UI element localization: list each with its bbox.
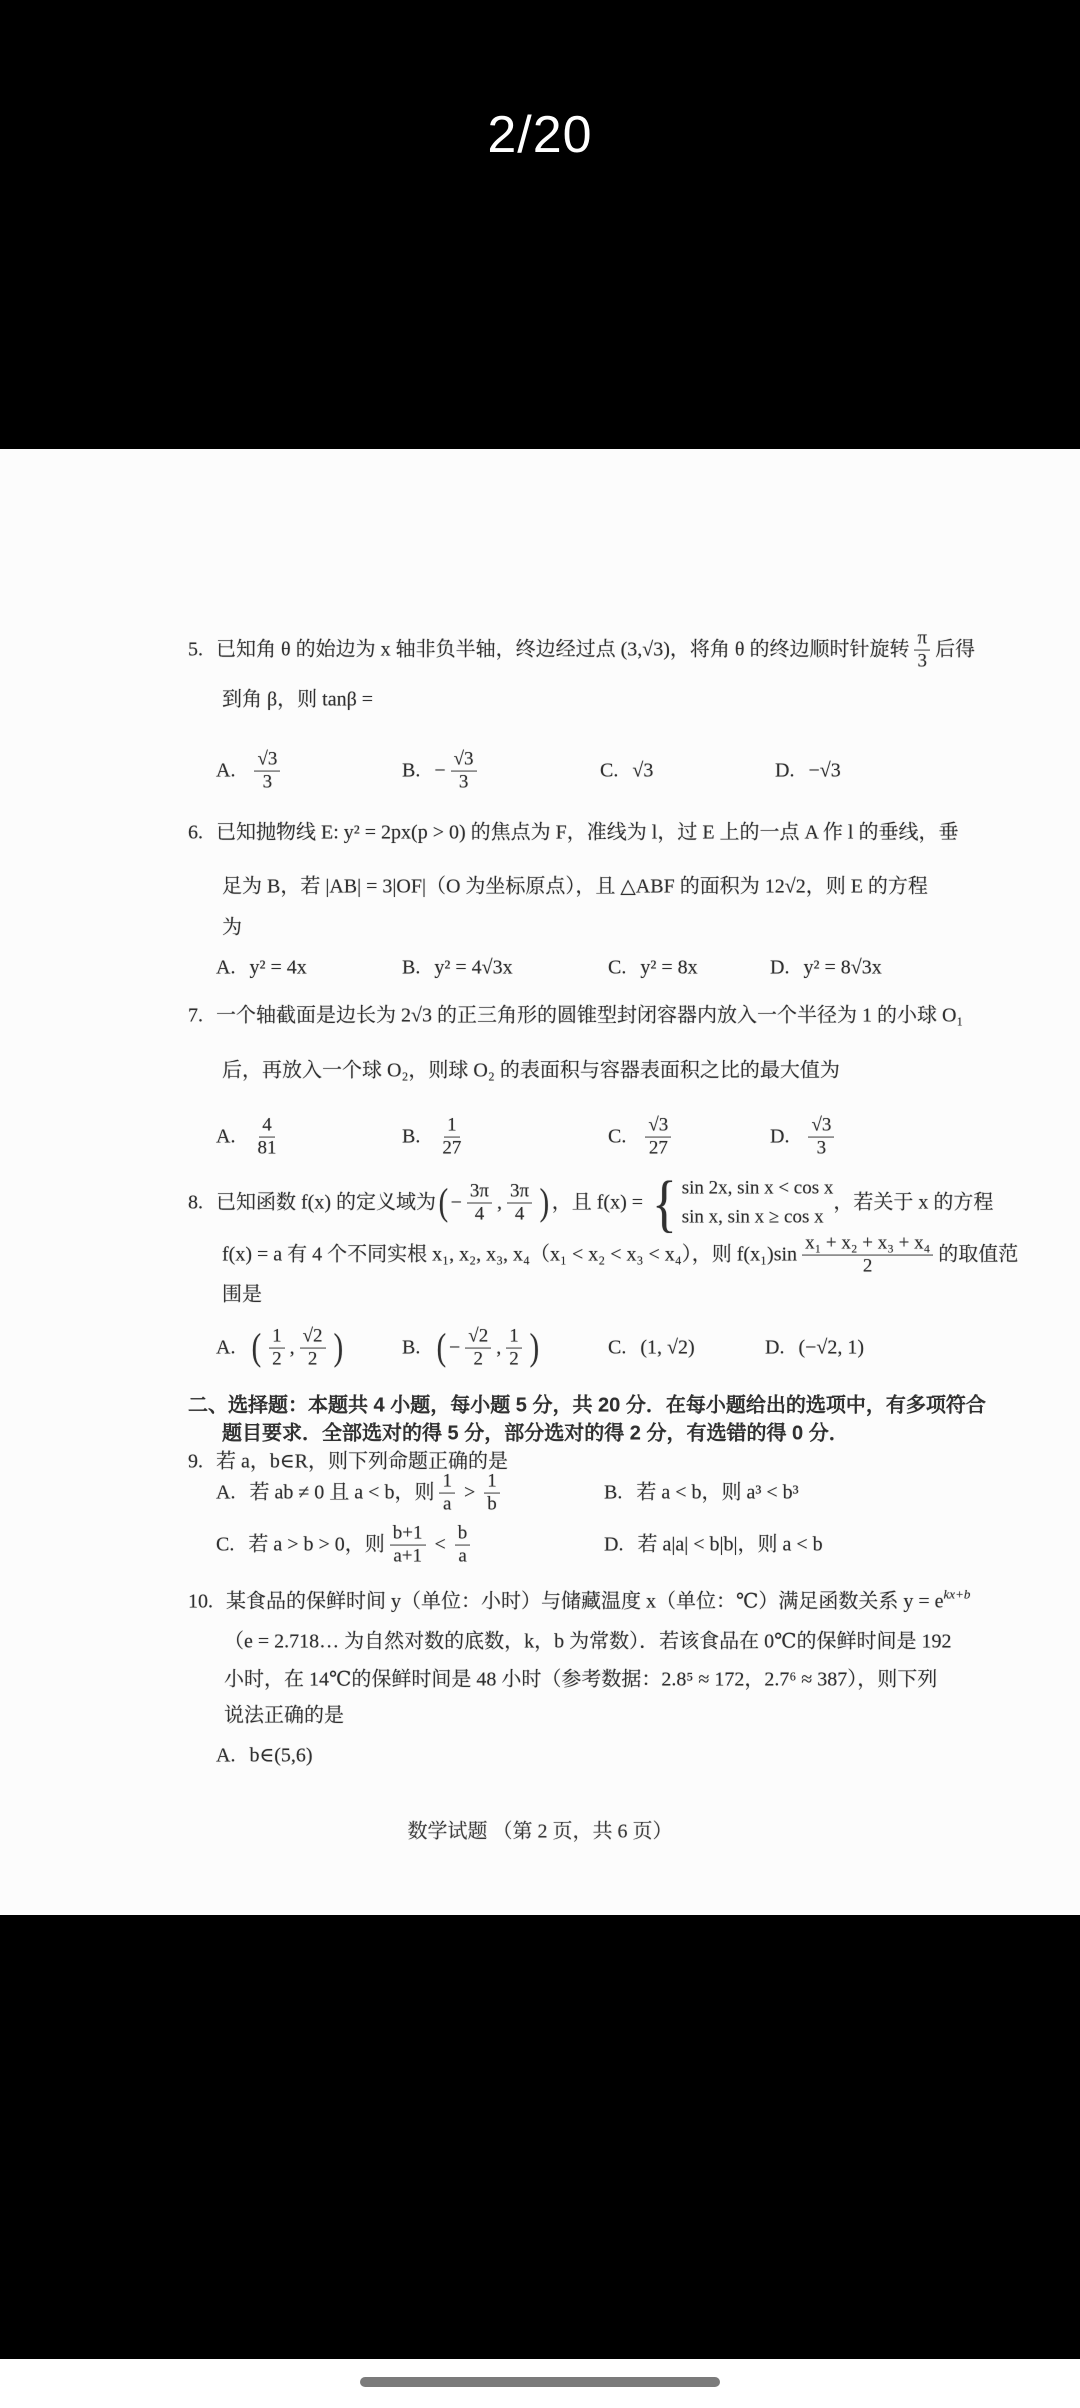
section-2-header-line-1: 二、选择题：本题共 4 小题，每小题 5 分，共 20 分．在每小题给出的选项中… — [188, 1394, 986, 1419]
cases-brace: { — [652, 1179, 677, 1227]
question-6-option-d: D. y² = 8√3x — [770, 956, 882, 981]
question-8-option-a: A. ( 1 2 , √2 2 ) — [216, 1327, 345, 1370]
question-9-option-b: B. 若 a < b，则 a³ < b³ — [604, 1481, 799, 1506]
open-paren: ( — [439, 1188, 448, 1218]
question-5-number: 5. — [188, 638, 203, 663]
question-6-option-b: B. y² = 4√3x — [402, 956, 513, 981]
question-5-text: 已知角 θ 的始边为 x 轴非负半轴，终边经过点 (3,√3)，将角 θ 的终边… — [216, 638, 909, 663]
question-5-line-2: 到角 β，则 tanβ = — [222, 688, 373, 713]
close-paren: ) — [540, 1188, 549, 1218]
question-7-option-c: C. √3 27 — [608, 1116, 676, 1159]
question-9-option-d: D. 若 a|a| < b|b|，则 a < b — [604, 1533, 823, 1558]
question-10-line-3: 小时，在 14℃的保鲜时间是 48 小时（参考数据：2.8⁵ ≈ 172，2.7… — [224, 1668, 937, 1693]
section-2-header-line-2: 题目要求．全部选对的得 5 分，部分选对的得 2 分，有选错的得 0 分． — [222, 1422, 849, 1447]
fraction-pi-3: π 3 — [914, 629, 930, 672]
question-8-option-b: B. ( − √2 2 , 1 2 ) — [402, 1327, 541, 1370]
question-8-line-2: f(x) = a 有 4 个不同实根 x₁, x₂, x₃, x₄（x₁ < x… — [222, 1234, 1018, 1277]
page-footer: 数学试题 （第 2 页，共 6 页） — [0, 1820, 1080, 1845]
system-navigation-strip — [0, 2359, 1080, 2408]
question-6-line-1: 6. 已知抛物线 E: y² = 2px(p > 0) 的焦点为 F，准线为 l… — [188, 821, 958, 846]
question-5-option-c: C. √3 — [600, 759, 653, 784]
image-viewer-surface[interactable]: 2/20 5. 已知角 θ 的始边为 x 轴非负半轴，终边经过点 (3,√3)，… — [0, 0, 1080, 2408]
question-7-option-d: D. √3 3 — [770, 1116, 839, 1159]
document-page: 5. 已知角 θ 的始边为 x 轴非负半轴，终边经过点 (3,√3)，将角 θ … — [0, 449, 1080, 1915]
question-10-line-2: （e = 2.718… 为自然对数的底数，k，b 为常数）．若该食品在 0℃的保… — [224, 1630, 952, 1655]
question-6-line-2: 足为 B，若 |AB| = 3|OF|（O 为坐标原点），且 △ABF 的面积为… — [222, 875, 928, 900]
question-7-line-1: 7. 一个轴截面是边长为 2√3 的正三角形的圆锥型封闭容器内放入一个半径为 1… — [188, 1004, 963, 1029]
question-9-option-a: A. 若 ab ≠ 0 且 a < b，则 1 a > 1 b — [216, 1472, 505, 1515]
question-10-line-4: 说法正确的是 — [224, 1704, 344, 1729]
question-8-option-c: C. (1, √2) — [608, 1336, 695, 1361]
question-5-option-b: B. − √3 3 — [402, 750, 482, 793]
home-indicator[interactable] — [360, 2377, 720, 2387]
question-7-option-a: A. 4 81 — [216, 1116, 284, 1159]
question-10-line-1: 10. 某食品的保鲜时间 y（单位：小时）与储藏温度 x（单位：℃）满足函数关系… — [188, 1590, 970, 1615]
question-5-option-d: D. −√3 — [775, 759, 841, 784]
question-6-option-a: A. y² = 4x — [216, 956, 307, 981]
question-6-option-c: C. y² = 8x — [608, 956, 698, 981]
question-8-option-d: D. (−√2, 1) — [765, 1336, 864, 1361]
question-5-option-a: A. √3 3 — [216, 750, 285, 793]
question-7-option-b: B. 1 27 — [402, 1116, 469, 1159]
question-8-line-3: 围是 — [222, 1283, 262, 1308]
question-5-text-tail: 后得 — [935, 638, 975, 663]
piecewise-cases: sin 2x, sin x < cos x sin x, sin x ≥ cos… — [682, 1175, 834, 1232]
question-6-line-3: 为 — [222, 916, 242, 941]
question-10-option-a: A. b∈(5,6) — [216, 1744, 313, 1769]
question-7-line-2: 后，再放入一个球 O₂，则球 O₂ 的表面积与容器表面积之比的最大值为 — [222, 1059, 840, 1084]
question-5-line-1: 5. 已知角 θ 的始边为 x 轴非负半轴，终边经过点 (3,√3)，将角 θ … — [188, 629, 975, 672]
page-indicator: 2/20 — [487, 105, 592, 165]
question-8-line-1: 8. 已知函数 f(x) 的定义域为 ( − 3π 4 , 3π 4 ) ，且 … — [188, 1175, 993, 1232]
question-9-option-c: C. 若 a > b > 0，则 b+1 a+1 < b a — [216, 1524, 475, 1567]
